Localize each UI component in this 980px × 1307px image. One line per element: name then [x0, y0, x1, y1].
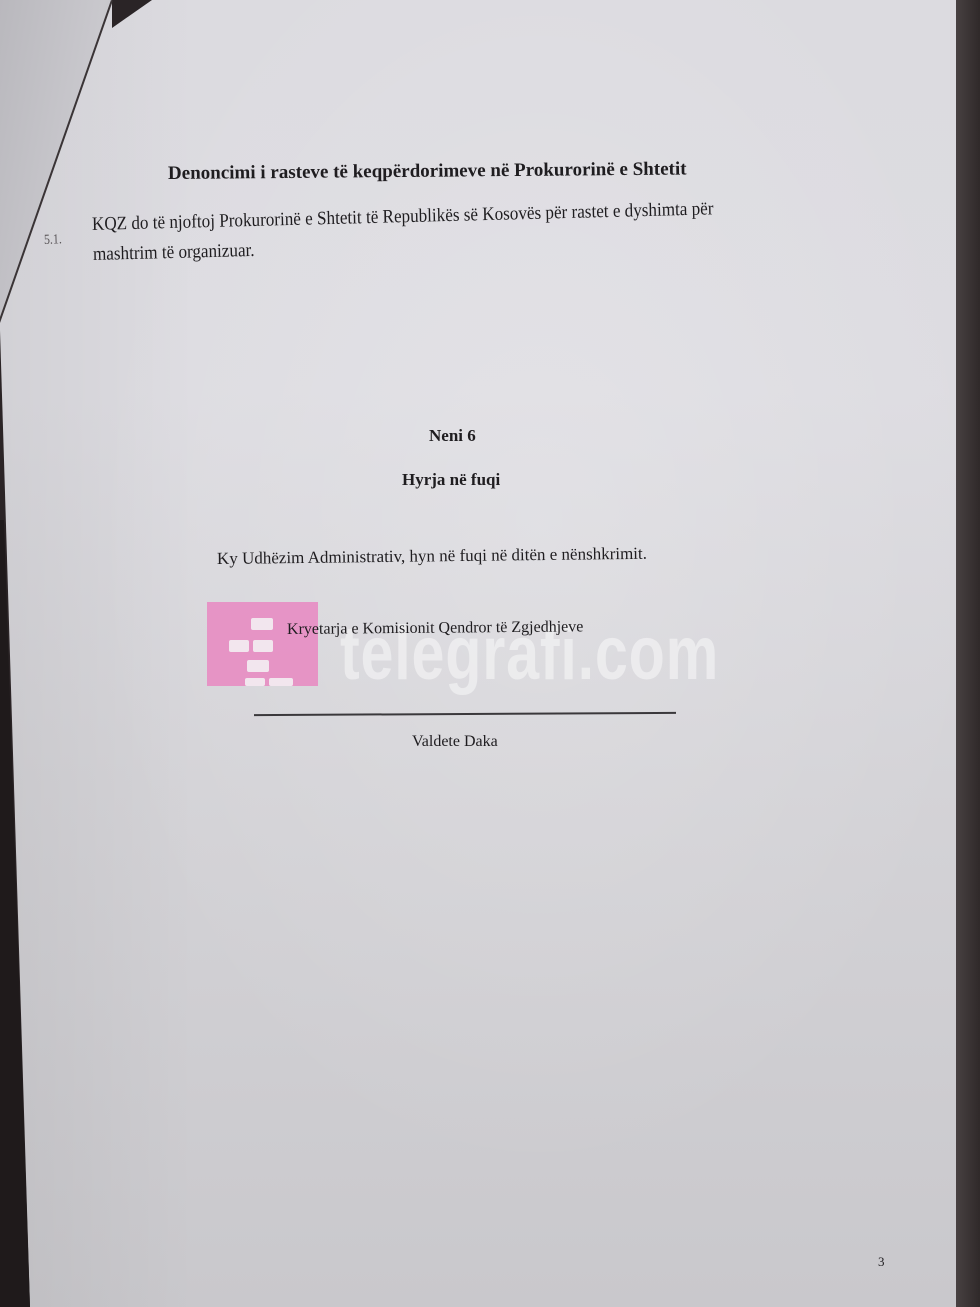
clause-number: 5.1.	[44, 232, 62, 249]
telegrafi-logo-icon	[207, 602, 318, 686]
signatory-name: Valdete Daka	[412, 733, 498, 751]
page-number: 3	[878, 1254, 885, 1270]
clause-text-line-2: mashtrim të organizuar.	[93, 240, 255, 266]
signatory-role: Kryetarja e Komisionit Qendror të Zgjedh…	[287, 618, 583, 639]
section-title: Denoncimi i rasteve të keqpërdorimeve në…	[168, 158, 687, 185]
article-number: Neni 6	[429, 426, 476, 446]
article-title: Hyrja në fuqi	[402, 470, 500, 490]
desk-background-right	[954, 0, 980, 1307]
